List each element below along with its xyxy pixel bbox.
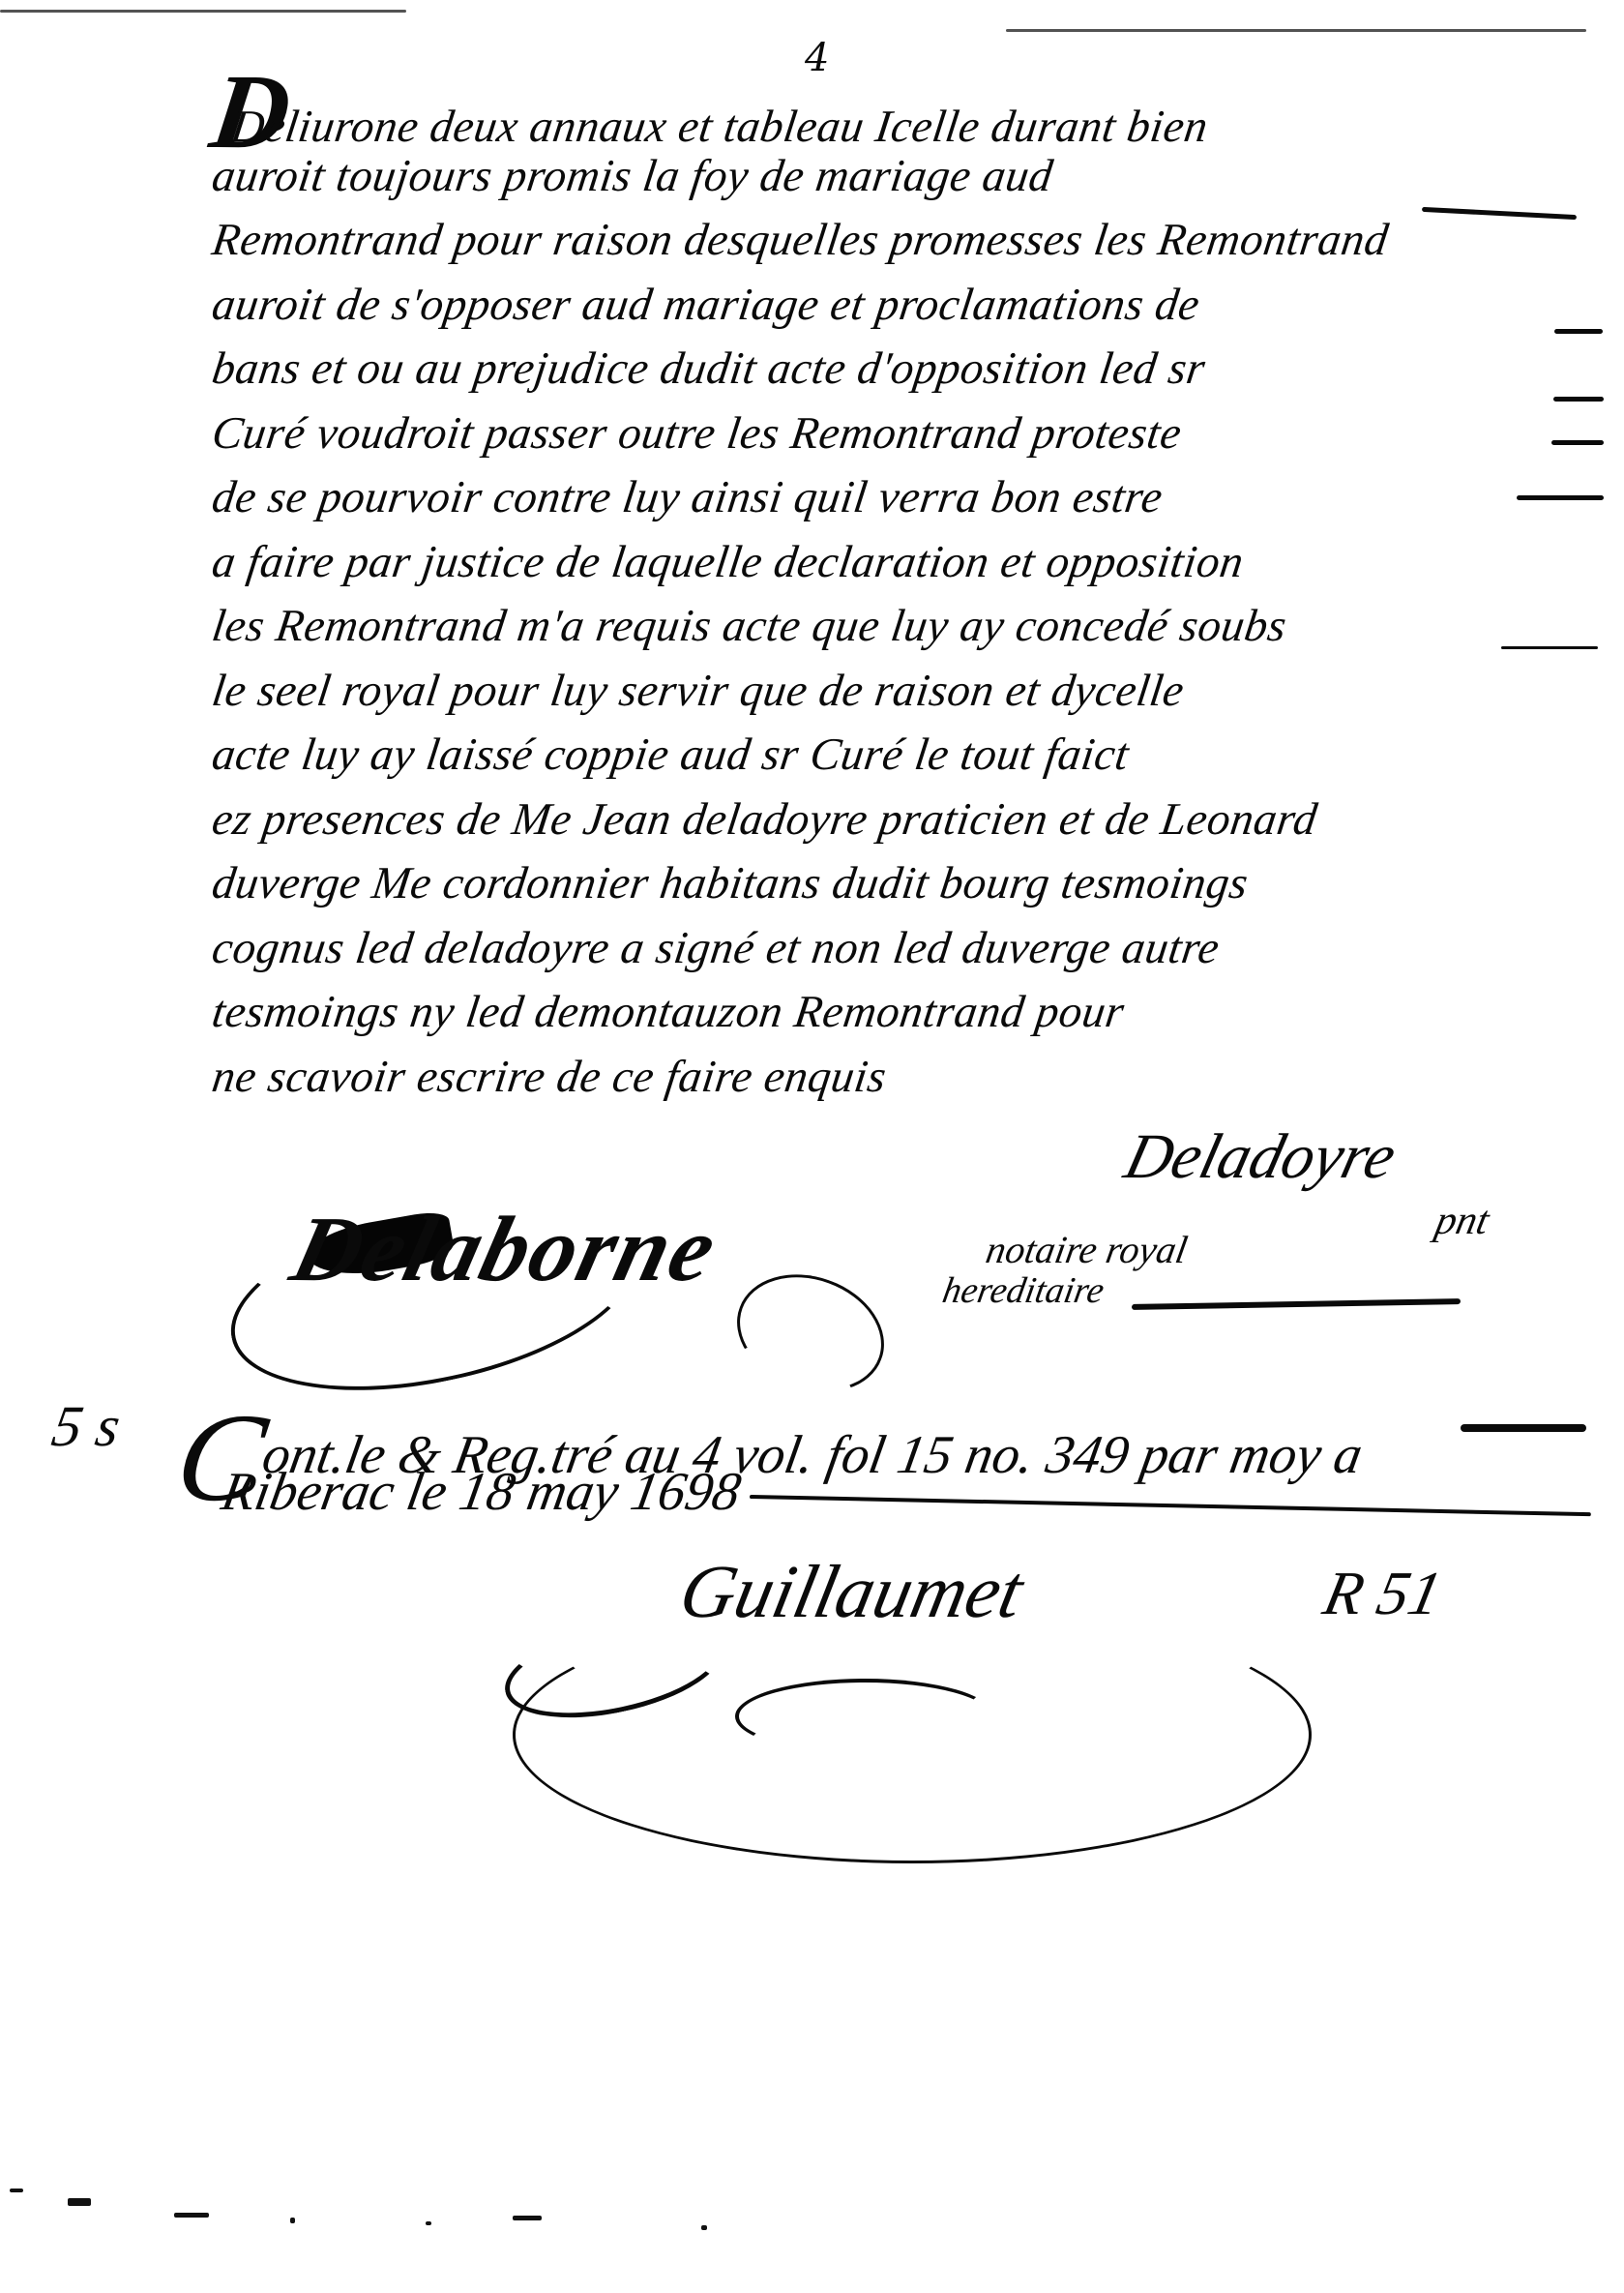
body-line-3: Remontrand pour raison desquelles promes… — [208, 208, 1590, 273]
folio-number: 4 — [805, 39, 829, 77]
registration-line-filler — [1461, 1424, 1586, 1432]
registration-line-2: Riberac le 18 may 1698 — [217, 1461, 745, 1523]
body-line-8: a faire par justice de laquelle declarat… — [208, 530, 1590, 595]
body-line-16: ne scavoir escrire de ce faire enquis — [208, 1045, 1590, 1110]
line-filler-dash — [1517, 495, 1604, 500]
body-line-11: acte luy ay laissé coppie aud sr Curé le… — [208, 723, 1590, 788]
body-line-1: DDeliurone deux annaux et tableau Icelle… — [208, 79, 1590, 144]
line-filler-dash — [1551, 440, 1604, 445]
scanned-document-page: 4 DDeliurone deux annaux et tableau Icel… — [0, 0, 1624, 2293]
line-filler-dash — [1553, 397, 1604, 402]
line-filler-dash — [1501, 646, 1598, 649]
notary-signature: Delaborne — [281, 1195, 728, 1302]
body-line-14: cognus led deladoyre a signé et non led … — [208, 916, 1590, 981]
scan-artifact-top-right — [1006, 29, 1586, 32]
witness-signature: Deladoyre — [1118, 1120, 1403, 1194]
body-line-5: bans et ou au prejudice dudit acte d'opp… — [208, 337, 1590, 402]
notary-title-flourish — [1132, 1298, 1461, 1310]
registrar-signature-inner-loop — [735, 1679, 994, 1754]
notary-title: notaire royal — [983, 1227, 1191, 1272]
line-filler-dash — [1554, 329, 1603, 334]
body-line-7: de se pourvoir contre luy ainsi quil ver… — [208, 465, 1590, 530]
body-line-13: duverge Me cordonnier habitans dudit bou… — [208, 851, 1590, 916]
scan-artifact-top-left — [0, 10, 406, 13]
registrar-signature: Guillaumet — [672, 1548, 1030, 1635]
body-line-2: auroit toujours promis la foy de mariage… — [208, 144, 1590, 209]
body-line-10: le seel royal pour luy servir que de rai… — [208, 659, 1590, 724]
witness-signature-note: pnt — [1432, 1198, 1493, 1244]
notary-title-hereditary: hereditaire — [939, 1269, 1107, 1312]
body-line-12: ez presences de Me Jean deladoyre pratic… — [208, 788, 1590, 852]
registrar-mark: R 51 — [1317, 1558, 1448, 1629]
body-line-15: tesmoings ny led demontauzon Remontrand … — [208, 980, 1590, 1045]
body-line-4: auroit de s'opposer aud mariage et procl… — [208, 273, 1590, 338]
body-line-6: Curé voudroit passer outre les Remontran… — [208, 402, 1590, 466]
document-body: DDeliurone deux annaux et tableau Icelle… — [208, 79, 1581, 1109]
registration-fee-margin-note: 5 s — [47, 1393, 126, 1460]
body-line-9: les Remontrand m'a requis acte que luy a… — [208, 594, 1590, 659]
